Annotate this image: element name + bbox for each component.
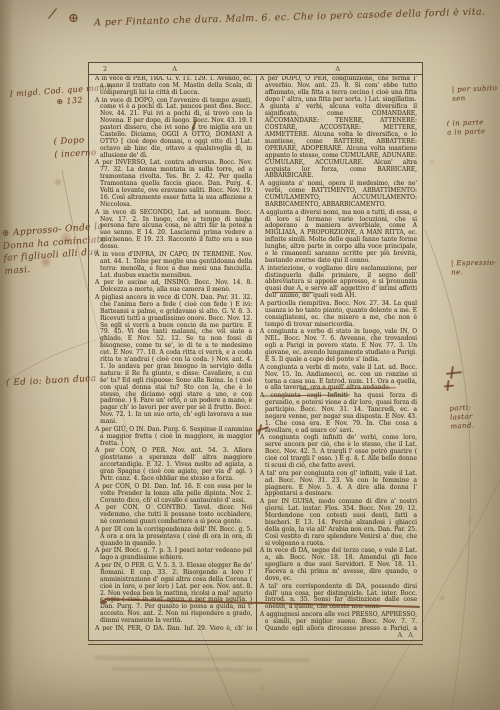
print-paragraph: A congiunta cogli infiniti de' verbi, co… [260, 435, 417, 470]
print-paragraph: A per IN, O PER. G. V. 5. 3. 3. Elesse e… [95, 563, 252, 625]
note-line: | per subito [452, 84, 498, 95]
print-paragraph: A interiezione, o vogliamo dire esclamaz… [260, 266, 417, 301]
note-line: ne. [451, 268, 497, 278]
print-paragraph: A aggiunta a diversi nomi, ma non a tutt… [260, 210, 417, 265]
print-paragraph: A in vece di DOPO, con l'avvenire di tem… [95, 98, 252, 160]
running-header: 2 A A [89, 63, 422, 75]
column-divider-rule [256, 76, 257, 631]
print-paragraph: A per CON, O DI. Dan. Inf. 16. E con ess… [95, 484, 252, 505]
ink-flourish: / [48, 6, 56, 23]
signature-mark: A A [398, 631, 415, 639]
note-line: a in parte [447, 127, 486, 137]
print-paragraph: A pigliasi ancora in vece di CON. Dan. P… [95, 295, 252, 426]
circled-plus-icon: ⊕ [68, 11, 79, 26]
print-paragraph: A per CON, O CONTRO. Tavol. dicer. Noi v… [95, 505, 252, 526]
print-paragraph: A particella riempitiva. Bocc. Nov. 27. … [260, 301, 417, 329]
note-line: sen [452, 93, 498, 104]
ink-cross-mark [444, 385, 454, 387]
print-paragraph: A per IN. Bocc. g. 7. p. 3. I pesci nota… [95, 548, 252, 562]
showthrough-line [95, 656, 310, 662]
right-column: A per DOPO, O PER, congiunzione, che fer… [260, 76, 417, 631]
print-paragraph: A per IN, PER, O DA. Dan. Inf. 29. Vero … [95, 626, 252, 631]
ink-cross-mark [446, 380, 449, 391]
column-letter-left: A [172, 65, 178, 73]
showthrough-line [112, 667, 262, 672]
print-paragraph: A per IN GUISA, modo comune di dire a' n… [260, 499, 417, 547]
ink-cross-mark [446, 371, 462, 375]
print-paragraph: A congiunta cogli Infiniti ha quasi forz… [260, 393, 417, 434]
scanned-book-page: { "page": { "header": { "page_number": "… [0, 0, 500, 710]
ink-cross-mark [450, 366, 454, 379]
print-paragraph: A in vece di DA, segno del terzo caso, e… [260, 548, 417, 583]
print-paragraph: A tal' ora corrispondente di DA, possend… [260, 584, 417, 612]
print-paragraph: A aggiunta a' nomi, opera il medesimo, c… [260, 181, 417, 209]
print-paragraph: A aggiugnesi ancora alle voci PRESSO, AP… [260, 612, 417, 631]
page-number: 2 [103, 65, 107, 73]
print-paragraph: A per DI con la corrispondenza dell' IN.… [95, 527, 252, 548]
print-paragraph: A per DOPO, O PER, congiunzione, che fer… [260, 76, 417, 104]
column-letter-right: A [335, 65, 341, 73]
print-paragraph: A tal' ora per congiunta con gl' infinit… [260, 471, 417, 499]
text-columns: A in vece di PER, TRA. G. V. 11. 129. 1.… [95, 76, 417, 631]
print-paragraph: A per lo ascine ad, INSINO. Bocc. Nov. 1… [95, 280, 252, 294]
print-paragraph: A in vece d'INFRA, IN CAPO, IN TERMINE. … [95, 252, 252, 280]
print-paragraph: A in vece di PER, TRA. G. V. 11. 129. 1.… [95, 76, 252, 97]
print-paragraph: A giunta a' verbi, alcuna volta diversif… [260, 104, 417, 180]
print-paragraph: A in vece di SECONDO, Lat. ad normam. Bo… [95, 210, 252, 251]
photo-edge-shadow [0, 0, 14, 710]
print-paragraph: A congiunta a verbi di moto, vale il Lat… [260, 365, 417, 393]
print-paragraph: A per CON, O PER. Nov. ant. 54. 3. Allor… [95, 448, 252, 483]
print-paragraph: A congiunta a verbo di stato in luogo, v… [260, 329, 417, 364]
left-column: A in vece di PER, TRA. G. V. 11. 129. 1.… [95, 76, 252, 631]
printed-page-frame: 2 A A A in vece di PER, TRA. G. V. 11. 1… [88, 62, 423, 641]
top-manuscript-note: A per Fintanto che dura. Malm. 6. ec. Ch… [94, 7, 486, 29]
note-line: | Espressio- [451, 259, 497, 269]
margin-note-right-1: | per subitosen [452, 84, 498, 104]
margin-note-right-3: | Espressio-ne. [451, 259, 497, 278]
print-paragraph: A per INVERSO, Lat. contra adversus. Boc… [95, 160, 252, 208]
margin-note-right-2: ( in partea in parte [447, 118, 486, 137]
print-paragraph: A per GIÙ, O IN. Dan. Purg. 6. Sospinse … [95, 427, 252, 448]
margin-note-right-4: parti:lastarmand. [449, 403, 474, 431]
note-line: mand. [450, 421, 474, 431]
